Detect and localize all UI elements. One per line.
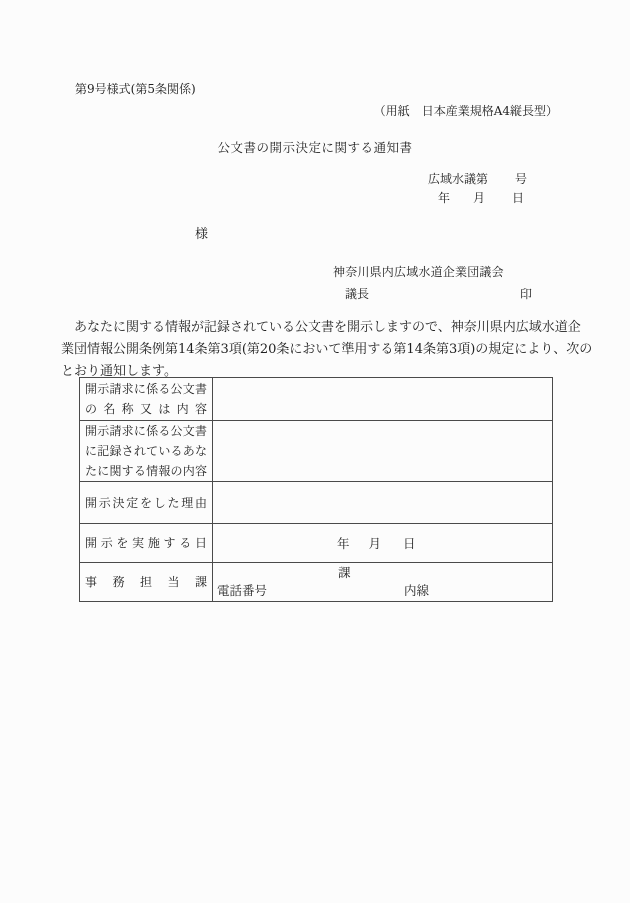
document-number-unit: 号 [515,170,527,188]
disclosure-table: 開示請求に係る公文書 の名称又は内容 開示請求に係る公文書 に記録されているあな… [79,377,553,602]
date-day-label: 日 [403,534,416,552]
seal-placeholder: 印 [520,285,532,303]
table-row-responsible-section: 事務担当課 課 電話番号 内線 [80,563,552,601]
row-label-line: 開示決定をした理由 [85,493,207,513]
table-row-decision-reason: 開示決定をした理由 [80,482,552,524]
addressee-honorific: 様 [195,225,208,244]
body-line: 業団情報公開条例第14条第3項(第20条において準用する第14条第3項)の規定に… [61,339,563,361]
issue-date-month-label: 月 [473,189,485,207]
issue-date-year-label: 年 [438,189,450,207]
phone-line: 電話番号 内線 [213,582,552,600]
row-label-line: の名称又は内容 [85,399,207,419]
form-number: 第9号様式(第5条関係) [75,80,196,98]
document-number-prefix: 広域水議第 [428,170,488,188]
row-label: 開示決定をした理由 [80,482,213,523]
table-row-document-name: 開示請求に係る公文書 の名称又は内容 [80,378,552,421]
section-unit-label: 課 [213,564,552,582]
row-label-line: 開示請求に係る公文書 [85,421,207,441]
date-month-label: 月 [369,534,382,552]
notification-document-page: 第9号様式(第5条関係) （用紙 日本産業規格A4縦長型） 公文書の開示決定に関… [0,0,630,903]
blank-field-document-name [213,378,552,420]
table-row-recorded-information: 開示請求に係る公文書 に記録されているあな たに関する情報の内容 [80,421,552,482]
issuer-organization: 神奈川県内広域水道企業団議会 [333,263,504,281]
row-label: 事務担当課 [80,563,213,601]
paper-size-note: （用紙 日本産業規格A4縦長型） [374,102,558,120]
row-label: 開示請求に係る公文書 の名称又は内容 [80,378,213,420]
phone-number-label: 電話番号 [217,582,267,600]
row-label-line: に記録されているあな [85,441,207,461]
responsible-section-field: 課 電話番号 内線 [213,563,552,601]
body-paragraph: あなたに関する情報が記録されている公文書を開示しますので、神奈川県内広域水道企 … [61,317,563,383]
row-label-line: 開示を実施する日 [85,533,207,553]
extension-label: 内線 [404,582,429,600]
disclosure-date-field: 年 月 日 [213,524,552,562]
row-label-line: たに関する情報の内容 [85,461,207,481]
document-number-line: 広域水議第 号 [428,170,527,188]
document-title: 公文書の開示決定に関する通知書 [0,139,630,157]
row-label: 開示を実施する日 [80,524,213,562]
body-line: あなたに関する情報が記録されている公文書を開示しますので、神奈川県内広域水道企 [61,317,563,339]
blank-field-decision-reason [213,482,552,523]
row-label: 開示請求に係る公文書 に記録されているあな たに関する情報の内容 [80,421,213,481]
row-label-line: 事務担当課 [85,572,207,592]
paper-note-value: 日本産業規格A4縦長型） [422,102,558,120]
row-label-line: 開示請求に係る公文書 [85,379,207,399]
issue-date-line: 年 月 日 [438,189,524,207]
issuer-role: 議長 [345,285,369,303]
issue-date-day-label: 日 [512,189,524,207]
date-year-label: 年 [337,534,350,552]
paper-note-label: （用紙 [374,102,410,120]
blank-field-recorded-information [213,421,552,481]
table-row-disclosure-date: 開示を実施する日 年 月 日 [80,524,552,563]
